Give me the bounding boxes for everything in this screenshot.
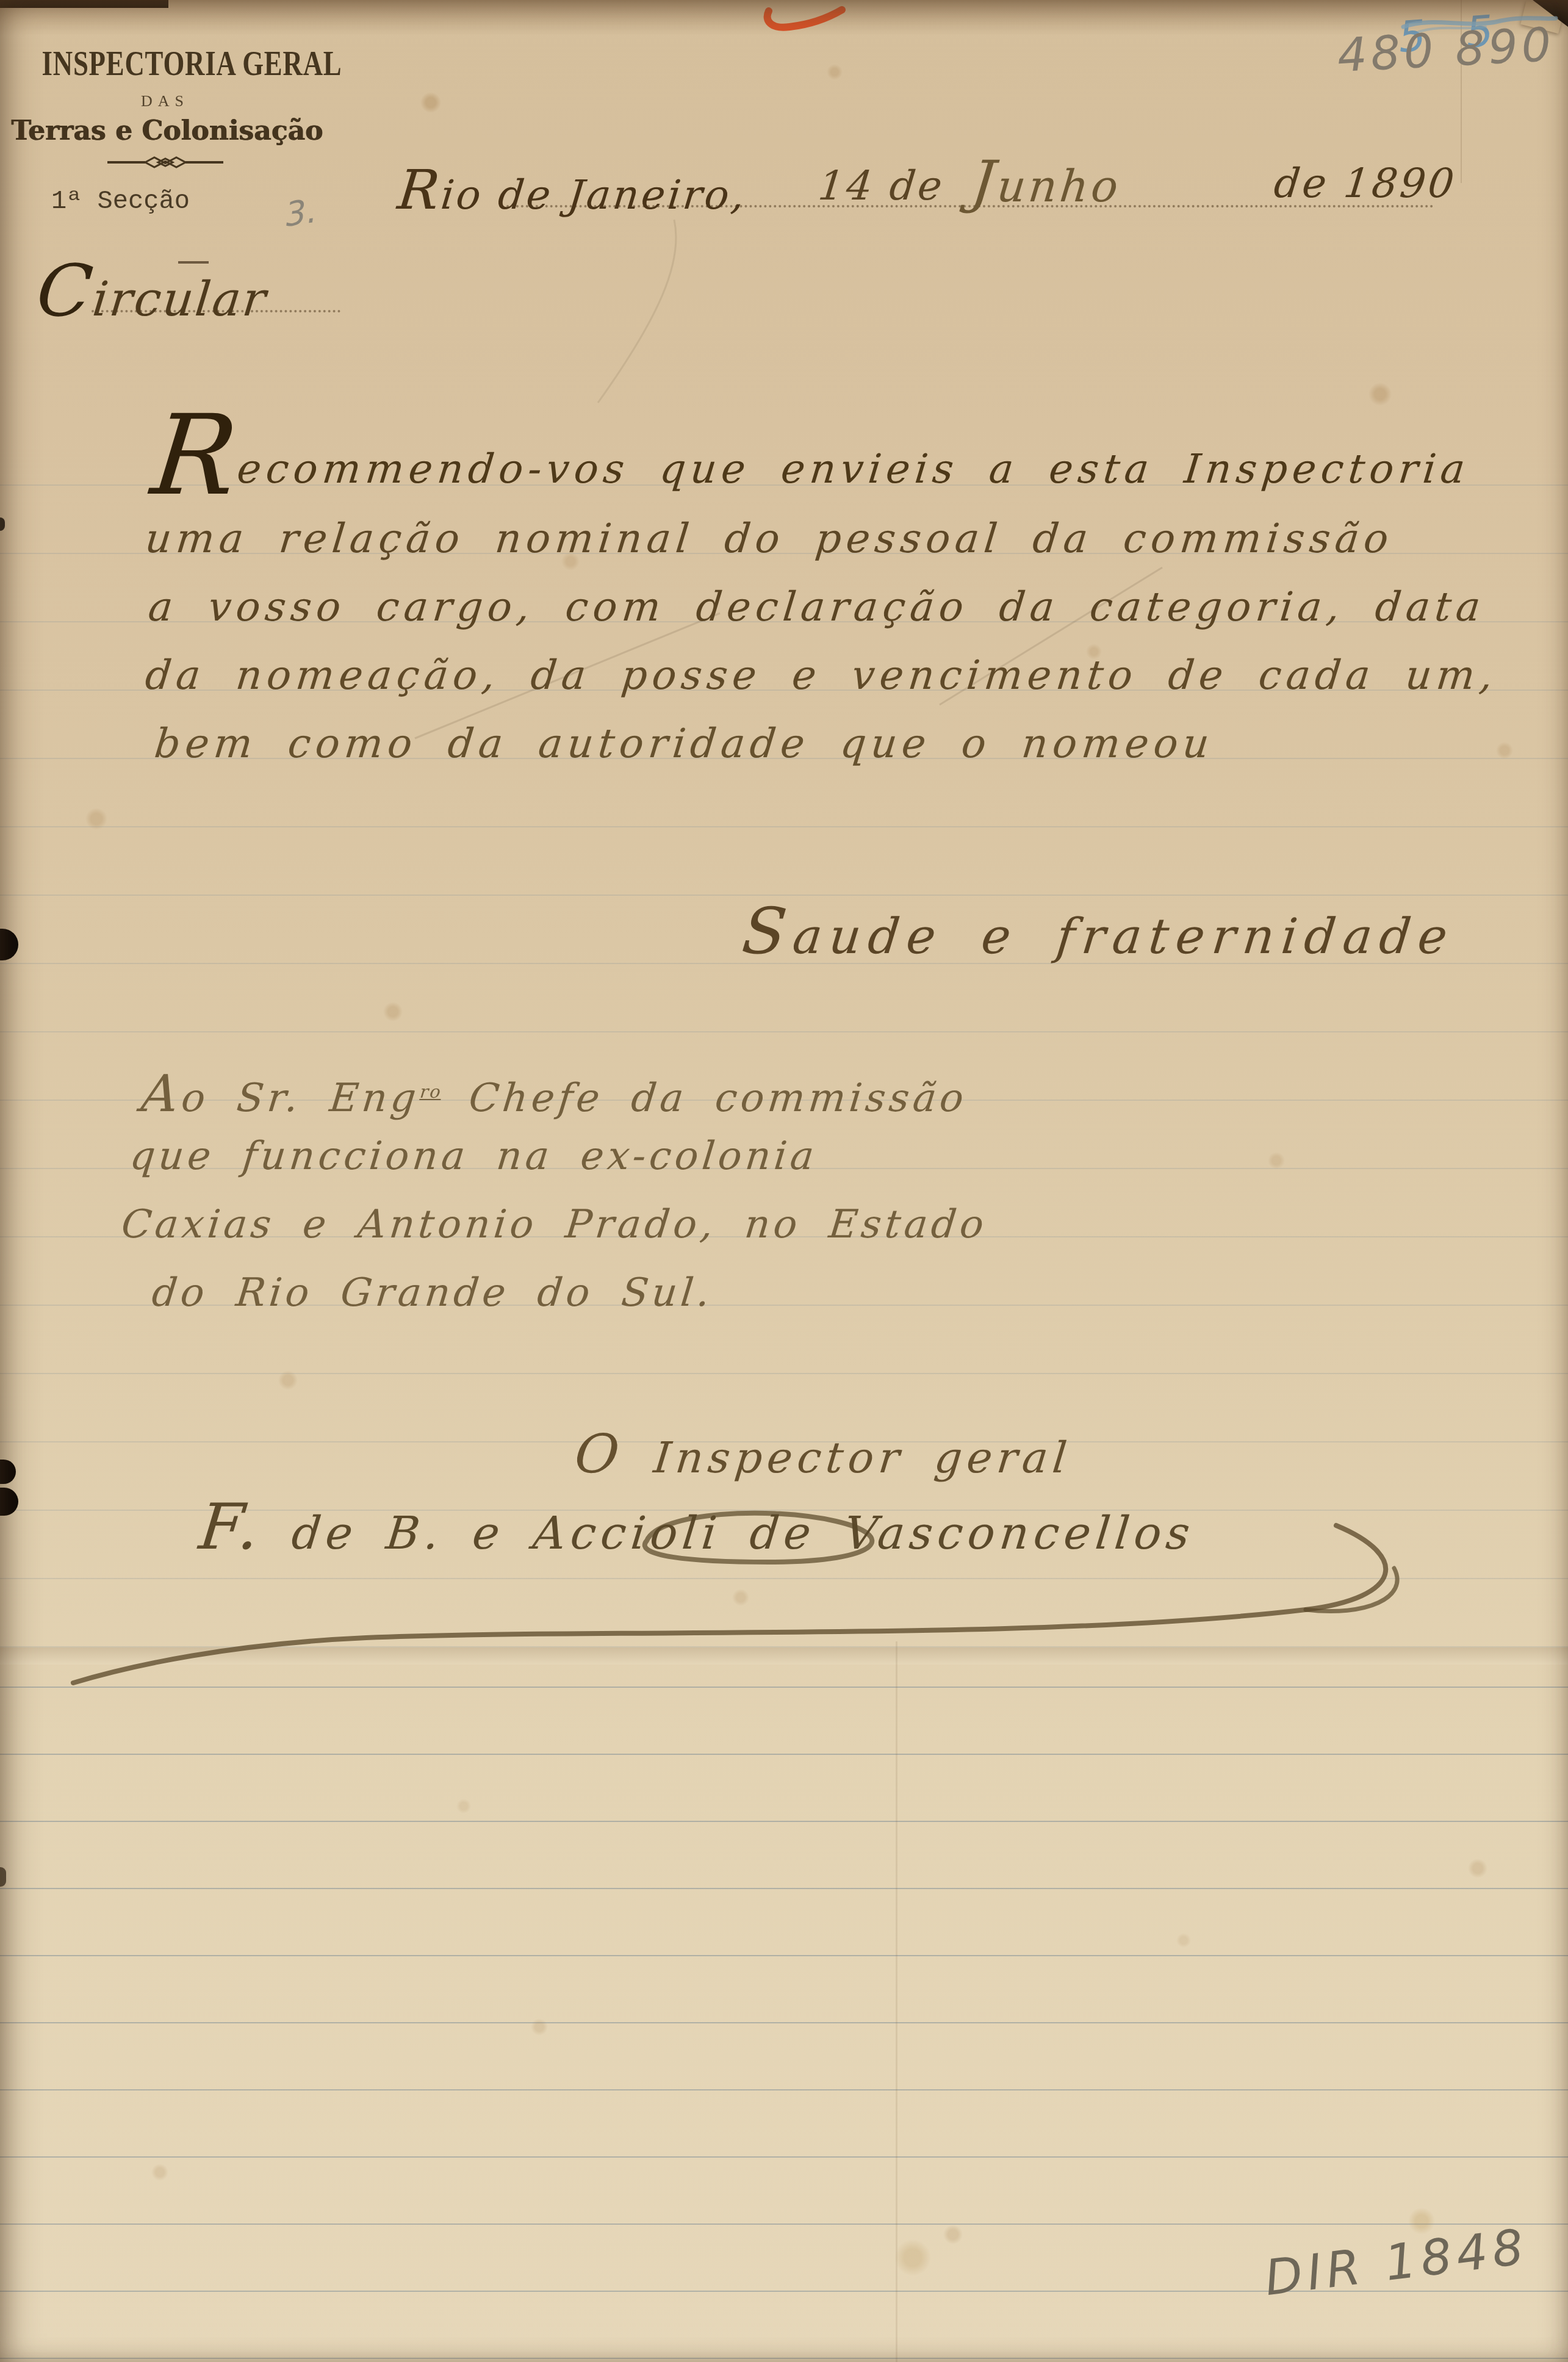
signature-flourish	[49, 1434, 1452, 1690]
addressee-line: Caxias e Antonio Prado, no Estado	[120, 1205, 989, 1244]
closing-formula: Saude e fraternidade	[739, 899, 1458, 963]
addressee-line: que funcciona na ex-colonia	[128, 1137, 819, 1176]
addressee-line: Ao Sr. Engro Chefe da commissão	[139, 1068, 970, 1119]
addressee-line: do Rio Grande do Sul.	[150, 1273, 715, 1312]
addressee-superscript: ro	[419, 1081, 443, 1102]
addressee-line1-post: Chefe da commissão	[439, 1076, 969, 1121]
top-shadow-band	[0, 0, 1568, 35]
show-through-strokes	[0, 0, 1568, 2362]
manuscript-page: INSPECTORIA GERAL DAS Terras e Colonisaç…	[0, 0, 1568, 2362]
addressee-line1-pre: Ao Sr. Eng	[139, 1076, 422, 1121]
